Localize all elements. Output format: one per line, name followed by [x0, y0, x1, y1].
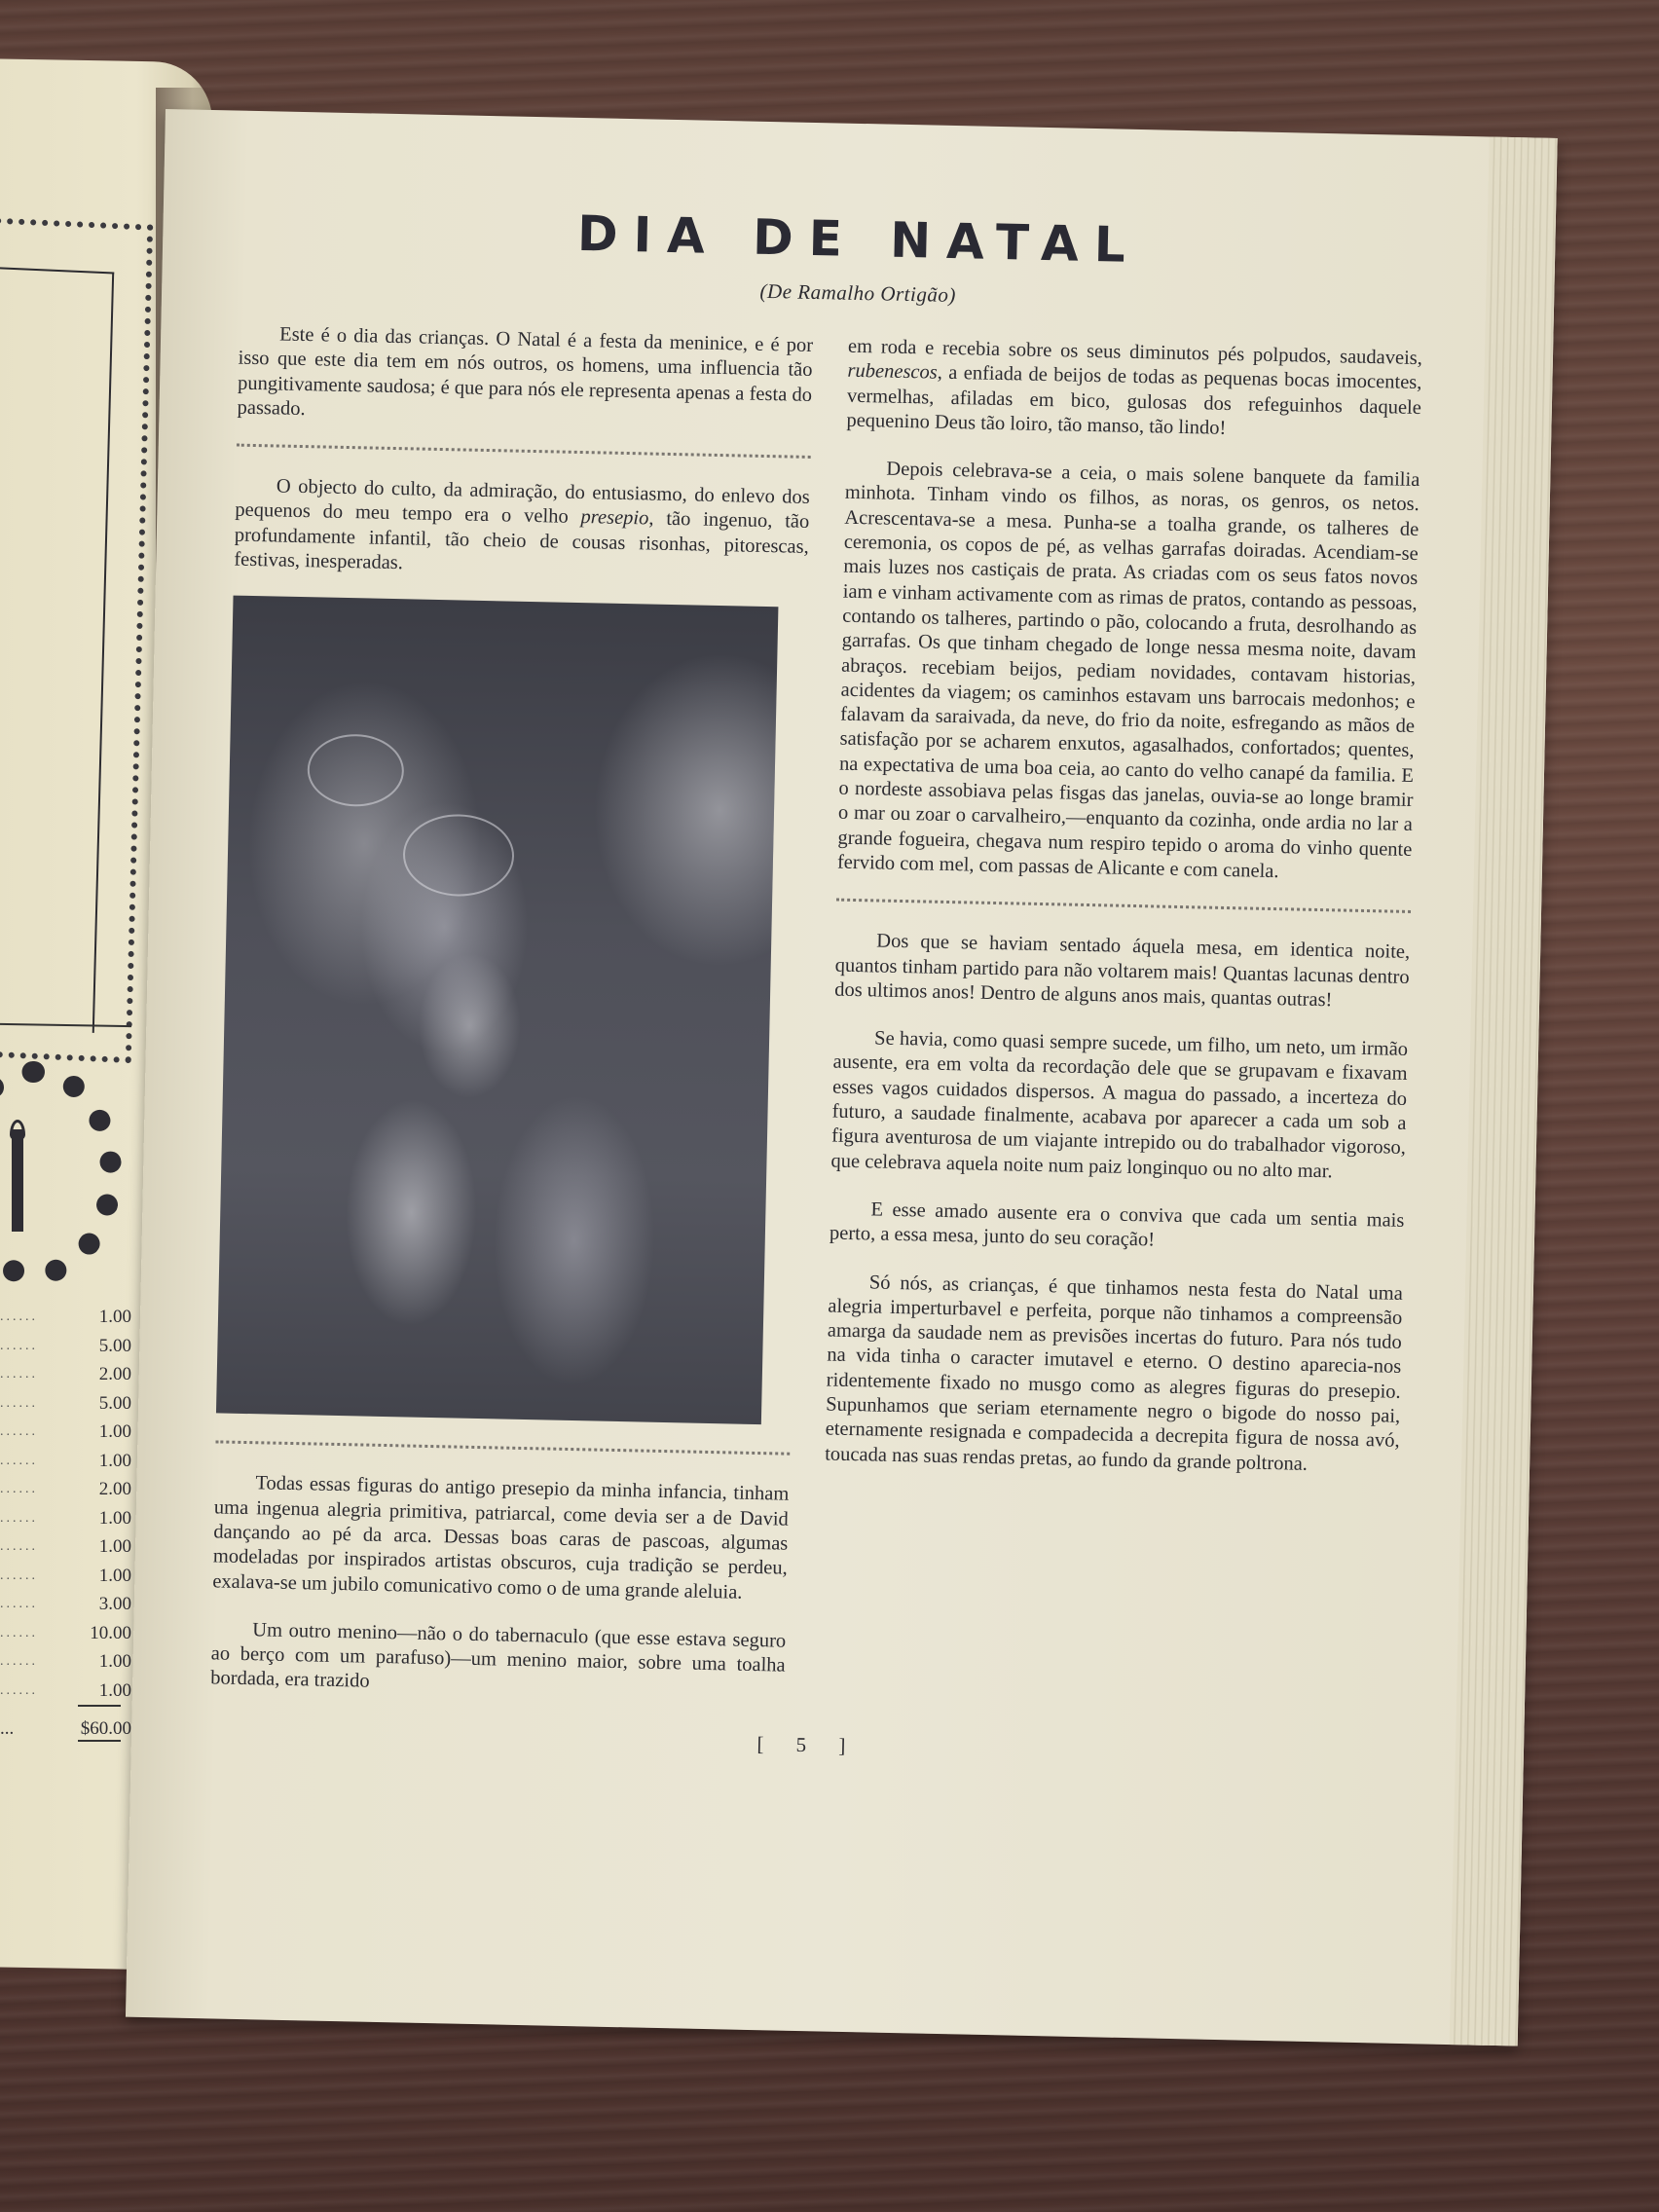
- ledger-amount: 3.00: [99, 1590, 131, 1619]
- ledger-row: ......1.00: [0, 1677, 131, 1706]
- right-column: em roda e recebia sobre os seus diminuto…: [819, 335, 1422, 1740]
- ledger-row: ......5.00: [0, 1389, 131, 1419]
- leader-dots: ......: [0, 1389, 38, 1419]
- ledger-row: ......1.00: [0, 1504, 131, 1533]
- ledger-amount: 1.00: [99, 1504, 131, 1533]
- paragraph: Dos que se haviam sentado áquela mesa, e…: [834, 929, 1410, 1014]
- ledger-row: ......1.00: [0, 1532, 131, 1562]
- ledger-amount: 5.00: [99, 1332, 131, 1361]
- leader-dots: ......: [0, 1475, 38, 1504]
- halo-icon: [307, 734, 405, 808]
- article-columns: Este é o dia das crianças. O Natal é a f…: [209, 322, 1436, 1740]
- article: DIA DE NATAL (De Ramalho Ortigão) Este é…: [209, 199, 1439, 1770]
- leader-dots: ......: [0, 1562, 38, 1591]
- article-title: DIA DE NATAL: [240, 199, 1439, 280]
- leader-dots: ......: [0, 1418, 38, 1447]
- leader-dots: ......: [0, 1532, 38, 1562]
- ledger-amount: 1.00: [99, 1562, 131, 1591]
- ledger-amount: 1.00: [99, 1647, 131, 1677]
- ledger-amount: 1.00: [99, 1303, 131, 1332]
- donation-ledger: ......1.00 ......5.00 ......2.00 ......5…: [0, 1303, 131, 1753]
- ledger-row: ......1.00: [0, 1647, 131, 1677]
- paragraph: Todas essas figuras do antigo presepio d…: [212, 1471, 790, 1606]
- leader-dots: ......: [0, 1590, 38, 1619]
- ledger-row: ......1.00: [0, 1303, 131, 1332]
- italic-word: presepio: [580, 507, 648, 530]
- ledger-amount: 1.00: [99, 1677, 131, 1706]
- candle-icon: [12, 1129, 23, 1232]
- paragraph: Se havia, como quasi sempre sucede, um f…: [830, 1026, 1408, 1186]
- inner-frame-line: [0, 266, 114, 1033]
- ledger-row: ......3.00: [0, 1590, 131, 1619]
- paragraph: O objecto do culto, da admiração, do ent…: [234, 474, 810, 585]
- paragraph: Depois celebrava-se a ceia, o mais solen…: [837, 457, 1420, 887]
- dotted-separator: [237, 444, 811, 459]
- ledger-row: ......1.00: [0, 1447, 131, 1476]
- leader-dots: ......: [0, 1677, 38, 1706]
- ledger-row: ......5.00: [0, 1332, 131, 1361]
- ledger-amount: 10.00: [90, 1619, 131, 1648]
- ledger-row: ......10.00: [0, 1619, 131, 1648]
- dotted-separator: [836, 899, 1411, 913]
- halo-icon: [402, 814, 515, 898]
- ledger-row: ......2.00: [0, 1475, 131, 1504]
- nativity-illustration: [216, 596, 778, 1425]
- ledger-amount: 1.00: [99, 1447, 131, 1476]
- leader-dots: ......: [0, 1647, 38, 1677]
- ledger-amount: 5.00: [99, 1389, 131, 1419]
- paragraph: Só nós, as crianças, é que tinhamos nest…: [825, 1270, 1403, 1479]
- leader-dots: ......: [0, 1447, 38, 1476]
- dotted-separator: [215, 1441, 790, 1456]
- ledger-amount: 1.00: [99, 1532, 131, 1562]
- ledger-amount: 2.00: [99, 1360, 131, 1389]
- leader-dots: ......: [0, 1303, 38, 1332]
- paragraph: E esse amado ausente era o conviva que c…: [829, 1197, 1405, 1258]
- leader-dots: ......: [0, 1619, 38, 1648]
- ledger-amount: 2.00: [99, 1475, 131, 1504]
- paragraph: Este é o dia das crianças. O Natal é a f…: [237, 322, 813, 433]
- left-column: Este é o dia das crianças. O Natal é a f…: [209, 322, 813, 1727]
- italic-word: rubenescos: [847, 360, 938, 384]
- ledger-total: $60.00: [81, 1718, 131, 1740]
- ledger-row: ......1.00: [0, 1562, 131, 1591]
- leader-dots: ......: [0, 1360, 38, 1389]
- ledger-amount: 1.00: [99, 1418, 131, 1447]
- sum-rule: [78, 1705, 121, 1718]
- ledger-row: ......1.00: [0, 1418, 131, 1447]
- ledger-total-row: ...$60.00: [0, 1718, 131, 1740]
- leader-dots: ......: [0, 1504, 38, 1533]
- ledger-row: ......2.00: [0, 1360, 131, 1389]
- leader-dots: ......: [0, 1332, 38, 1361]
- paragraph: em roda e recebia sobre os seus diminuto…: [846, 335, 1422, 446]
- right-page: DIA DE NATAL (De Ramalho Ortigão) Este é…: [126, 109, 1558, 2046]
- paragraph: Um outro menino—não o do tabernaculo (qu…: [210, 1617, 786, 1703]
- sum-rule: [78, 1740, 121, 1753]
- leader-dots: ...: [0, 1718, 14, 1740]
